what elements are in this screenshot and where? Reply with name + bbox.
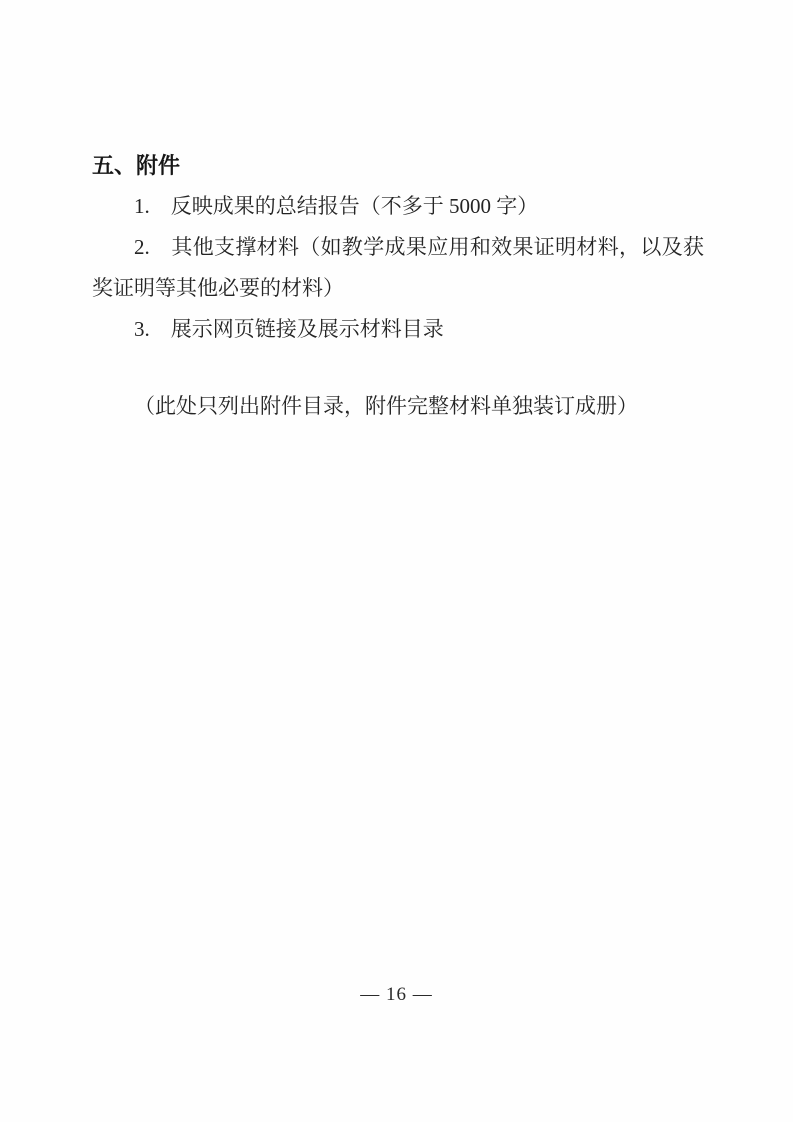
attachment-item-2: 2. 其他支撑材料（如教学成果应用和效果证明材料，以及获奖证明等其他必要的材料） [92, 227, 704, 309]
document-page: 五、附件 1. 反映成果的总结报告（不多于 5000 字） 2. 其他支撑材料（… [0, 0, 793, 1122]
attachment-item-3: 3. 展示网页链接及展示材料目录 [92, 309, 704, 350]
attachments-note: （此处只列出附件目录，附件完整材料单独装订成册） [92, 386, 704, 427]
attachment-item-1: 1. 反映成果的总结报告（不多于 5000 字） [92, 186, 704, 227]
document-body: 五、附件 1. 反映成果的总结报告（不多于 5000 字） 2. 其他支撑材料（… [92, 145, 704, 427]
section-heading: 五、附件 [92, 145, 704, 186]
page-number: — 16 — [0, 984, 793, 1006]
